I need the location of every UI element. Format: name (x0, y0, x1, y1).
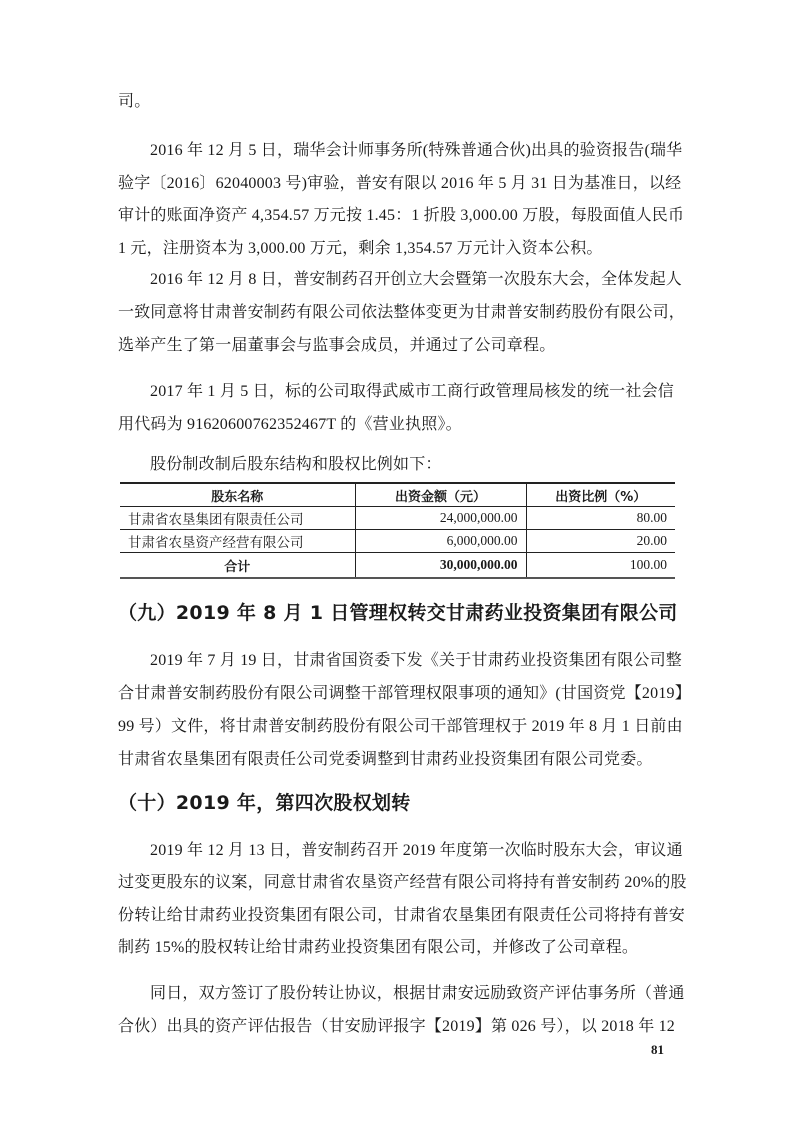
table-total-row: 合计 30,000,000.00 100.00 (120, 553, 675, 579)
table-row: 甘肃省农垦集团有限责任公司 24,000,000.00 80.00 (120, 507, 675, 530)
paragraph-line: 2019 年 7 月 19 日，甘肃省国资委下发《关于甘肃药业投资集团有限公司整 (150, 651, 674, 671)
paragraph-line: 份转让给甘肃药业投资集团有限公司，甘肃省农垦集团有限责任公司将持有普安 (118, 906, 674, 926)
cell-shareholder-name: 甘肃省农垦资产经营有限公司 (120, 530, 355, 553)
paragraph-line: 99 号）文件，将甘肃普安制药股份有限公司干部管理权于 2019 年 8 月 1… (118, 717, 674, 737)
paragraph-line: 制药 15%的股权转让给甘肃药业投资集团有限公司，并修改了公司章程。 (118, 938, 674, 958)
paragraph-line: 2016 年 12 月 5 日，瑞华会计师事务所(特殊普通合伙)出具的验资报告(… (150, 141, 674, 161)
header-capital-amount: 出资金额（元） (355, 483, 526, 507)
cell-total-label: 合计 (120, 553, 355, 579)
cell-capital-ratio: 80.00 (526, 507, 675, 530)
paragraph-line: 合伙）出具的资产评估报告（甘安励评报字【2019】第 026 号），以 2018… (118, 1017, 674, 1037)
paragraph-line: 2016 年 12 月 8 日，普安制药召开创立大会暨第一次股东大会，全体发起人 (150, 270, 674, 290)
table-intro: 股份制改制后股东结构和股权比例如下： (150, 455, 674, 475)
cell-capital-ratio: 20.00 (526, 530, 675, 553)
paragraph-line: 用代码为 91620600762352467T 的《营业执照》。 (118, 415, 674, 435)
section-heading-10: （十）2019 年，第四次股权划转 (118, 791, 411, 815)
paragraph-line: 2017 年 1 月 5 日，标的公司取得武威市工商行政管理局核发的统一社会信 (150, 382, 674, 402)
table-header-row: 股东名称 出资金额（元） 出资比例（%） (120, 483, 675, 507)
continuation-text: 司。 (118, 92, 674, 112)
cell-total-amount: 30,000,000.00 (355, 553, 526, 579)
paragraph-line: 同日，双方签订了股份转让协议，根据甘肃安远励致资产评估事务所（普通 (150, 984, 674, 1004)
paragraph-line: 1 元，注册资本为 3,000.00 万元，剩余 1,354.57 万元计入资本… (118, 239, 674, 259)
cell-capital-amount: 24,000,000.00 (355, 507, 526, 530)
paragraph-line: 2019 年 12 月 13 日，普安制药召开 2019 年度第一次临时股东大会… (150, 841, 674, 861)
paragraph-line: 选举产生了第一届董事会与监事会成员，并通过了公司章程。 (118, 336, 674, 356)
shareholder-table: 股东名称 出资金额（元） 出资比例（%） 甘肃省农垦集团有限责任公司 24,00… (120, 482, 675, 579)
paragraph-line: 甘肃省农垦集团有限责任公司党委调整到甘肃药业投资集团有限公司党委。 (118, 750, 674, 770)
page-number: 81 (651, 1042, 664, 1058)
cell-capital-amount: 6,000,000.00 (355, 530, 526, 553)
paragraph-line: 一致同意将甘肃普安制药有限公司依法整体变更为甘肃普安制药股份有限公司， (118, 303, 674, 323)
paragraph-line: 过变更股东的议案，同意甘肃省农垦资产经营有限公司将持有普安制药 20%的股 (118, 873, 674, 893)
table-row: 甘肃省农垦资产经营有限公司 6,000,000.00 20.00 (120, 530, 675, 553)
cell-total-ratio: 100.00 (526, 553, 675, 579)
section-heading-9: （九）2019 年 8 月 1 日管理权转交甘肃药业投资集团有限公司 (118, 601, 678, 625)
paragraph-line: 验字〔2016〕62040003 号)审验，普安有限以 2016 年 5 月 3… (118, 174, 674, 194)
header-shareholder-name: 股东名称 (120, 483, 355, 507)
paragraph-line: 审计的账面净资产 4,354.57 万元按 1.45：1 折股 3,000.00… (118, 206, 674, 226)
paragraph-line: 合甘肃普安制药股份有限公司调整干部管理权限事项的通知》(甘国资党【2019】 (118, 684, 674, 704)
cell-shareholder-name: 甘肃省农垦集团有限责任公司 (120, 507, 355, 530)
header-capital-ratio: 出资比例（%） (526, 483, 675, 507)
